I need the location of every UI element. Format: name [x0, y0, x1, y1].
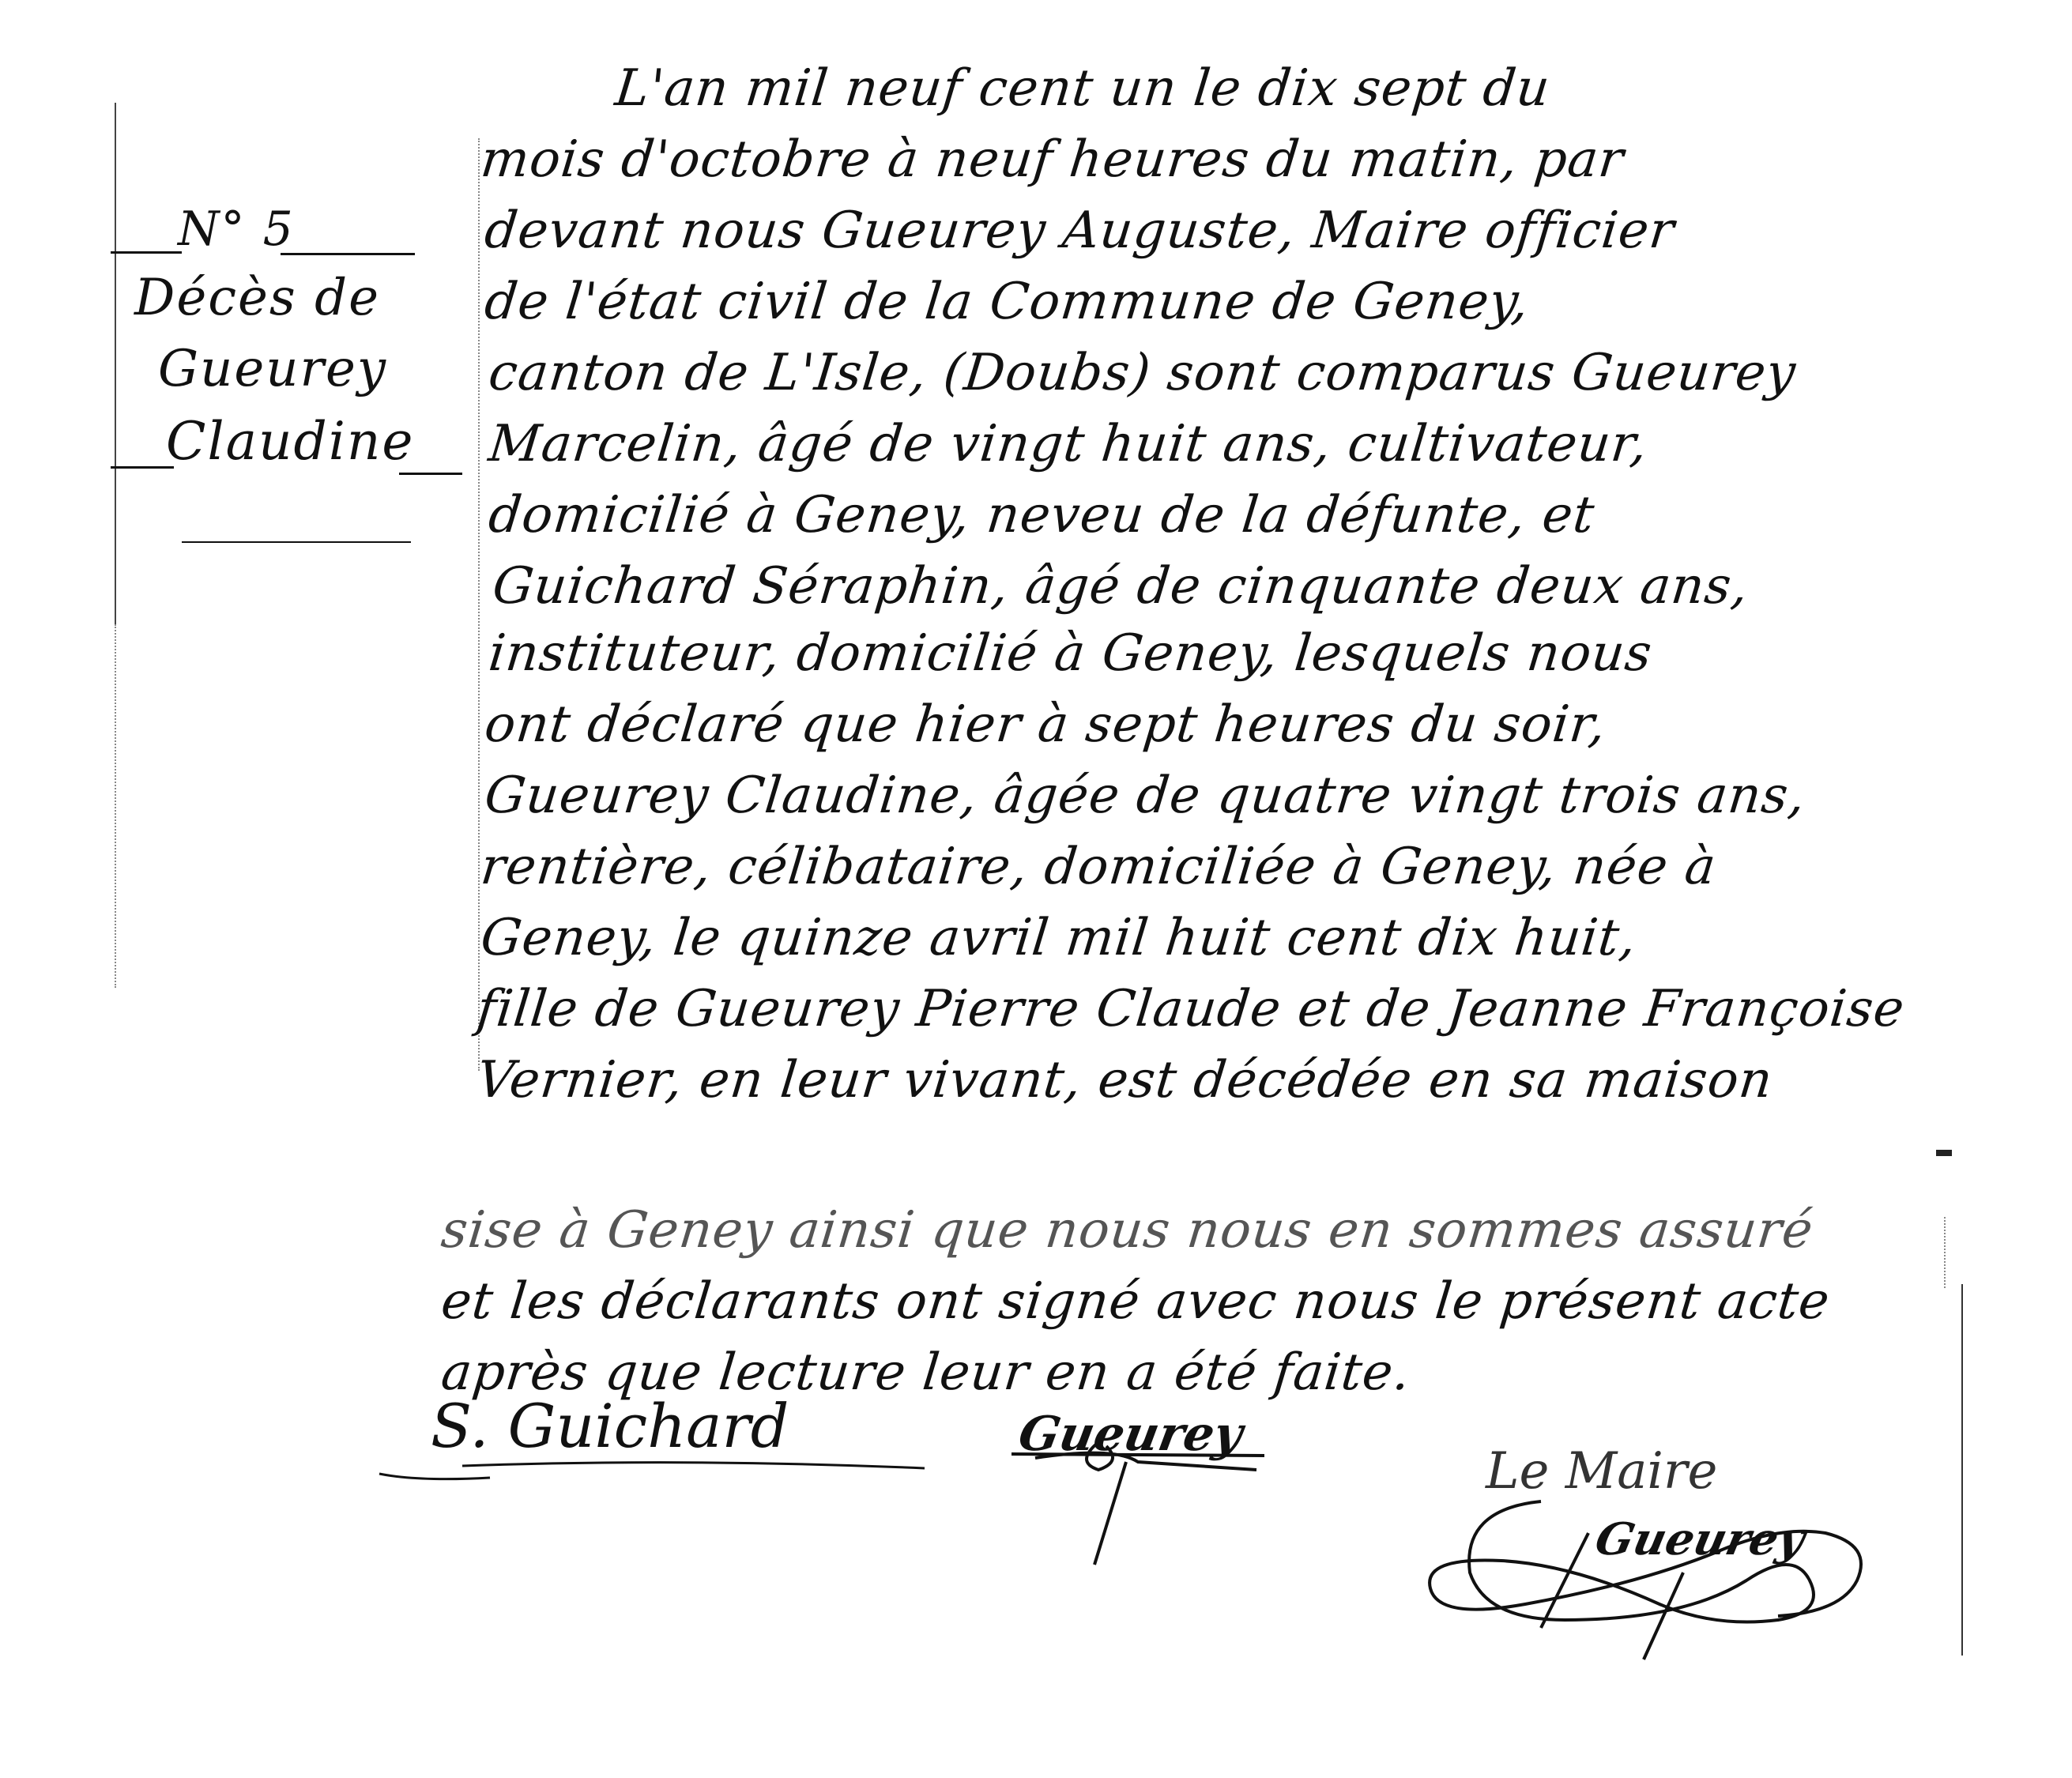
right-margin-rule [1961, 1284, 1963, 1656]
margin-title-line1: Décès de [134, 269, 380, 327]
edge-mark [1936, 1150, 1952, 1156]
margin-divider-dotted-rule [478, 138, 481, 1071]
body-line: devant nous Gueurey Auguste, Maire offic… [482, 202, 1678, 260]
body-line: Guichard Séraphin, âgé de cinquante deux… [490, 557, 1751, 616]
body-line: ont déclaré que hier à sept heures du so… [482, 695, 1609, 754]
margin-title-line3: Claudine [166, 411, 414, 472]
margin-rule-left [111, 251, 182, 254]
body-line: L'an mil neuf cent un le dix sept du [612, 59, 1553, 118]
body-line: canton de L'Isle, (Doubs) sont comparus … [486, 344, 1799, 402]
closing-line: sise à Geney ainsi que nous nous en somm… [439, 1201, 1816, 1260]
left-margin-rule [115, 103, 116, 624]
record-number: N° 5 [178, 202, 295, 257]
margin-rule-right [281, 253, 415, 255]
body-line: Marcelin, âgé de vingt huit ans, cultiva… [486, 415, 1651, 473]
body-line: Gueurey Claudine, âgée de quatre vingt t… [482, 767, 1808, 825]
body-line: instituteur, domicilié à Geney, lesquels… [486, 624, 1655, 683]
right-margin-dotted-rule [1944, 1217, 1947, 1288]
body-line: mois d'octobre à neuf heures du matin, p… [478, 130, 1627, 189]
left-margin-dotted-rule [115, 624, 118, 988]
margin-rule-right-2 [399, 473, 462, 475]
body-line: Vernier, en leur vivant, est décédée en … [474, 1051, 1776, 1109]
body-line: de l'état civil de la Commune de Geney, [482, 273, 1532, 331]
margin-separator-rule [182, 541, 411, 543]
body-line: fille de Gueurey Pierre Claude et de Jea… [474, 980, 1908, 1038]
closing-line: et les déclarants ont signé avec nous le… [439, 1272, 1833, 1331]
signature-flourish-2 [1004, 1414, 1272, 1573]
margin-title-line2: Gueurey [158, 340, 387, 398]
scanned-document-page: N° 5 Décès de Gueurey Claudine L'an mil … [0, 0, 2072, 1778]
margin-rule-left-2 [111, 466, 174, 469]
body-line: domicilié à Geney, neveu de la défunte, … [486, 486, 1598, 544]
body-line: Geney, le quinze avril mil huit cent dix… [478, 909, 1640, 967]
signature-underline-1 [371, 1438, 940, 1486]
mayor-signature-flourish [1304, 1486, 1936, 1675]
body-line: rentière, célibataire, domiciliée à Gene… [478, 838, 1719, 896]
